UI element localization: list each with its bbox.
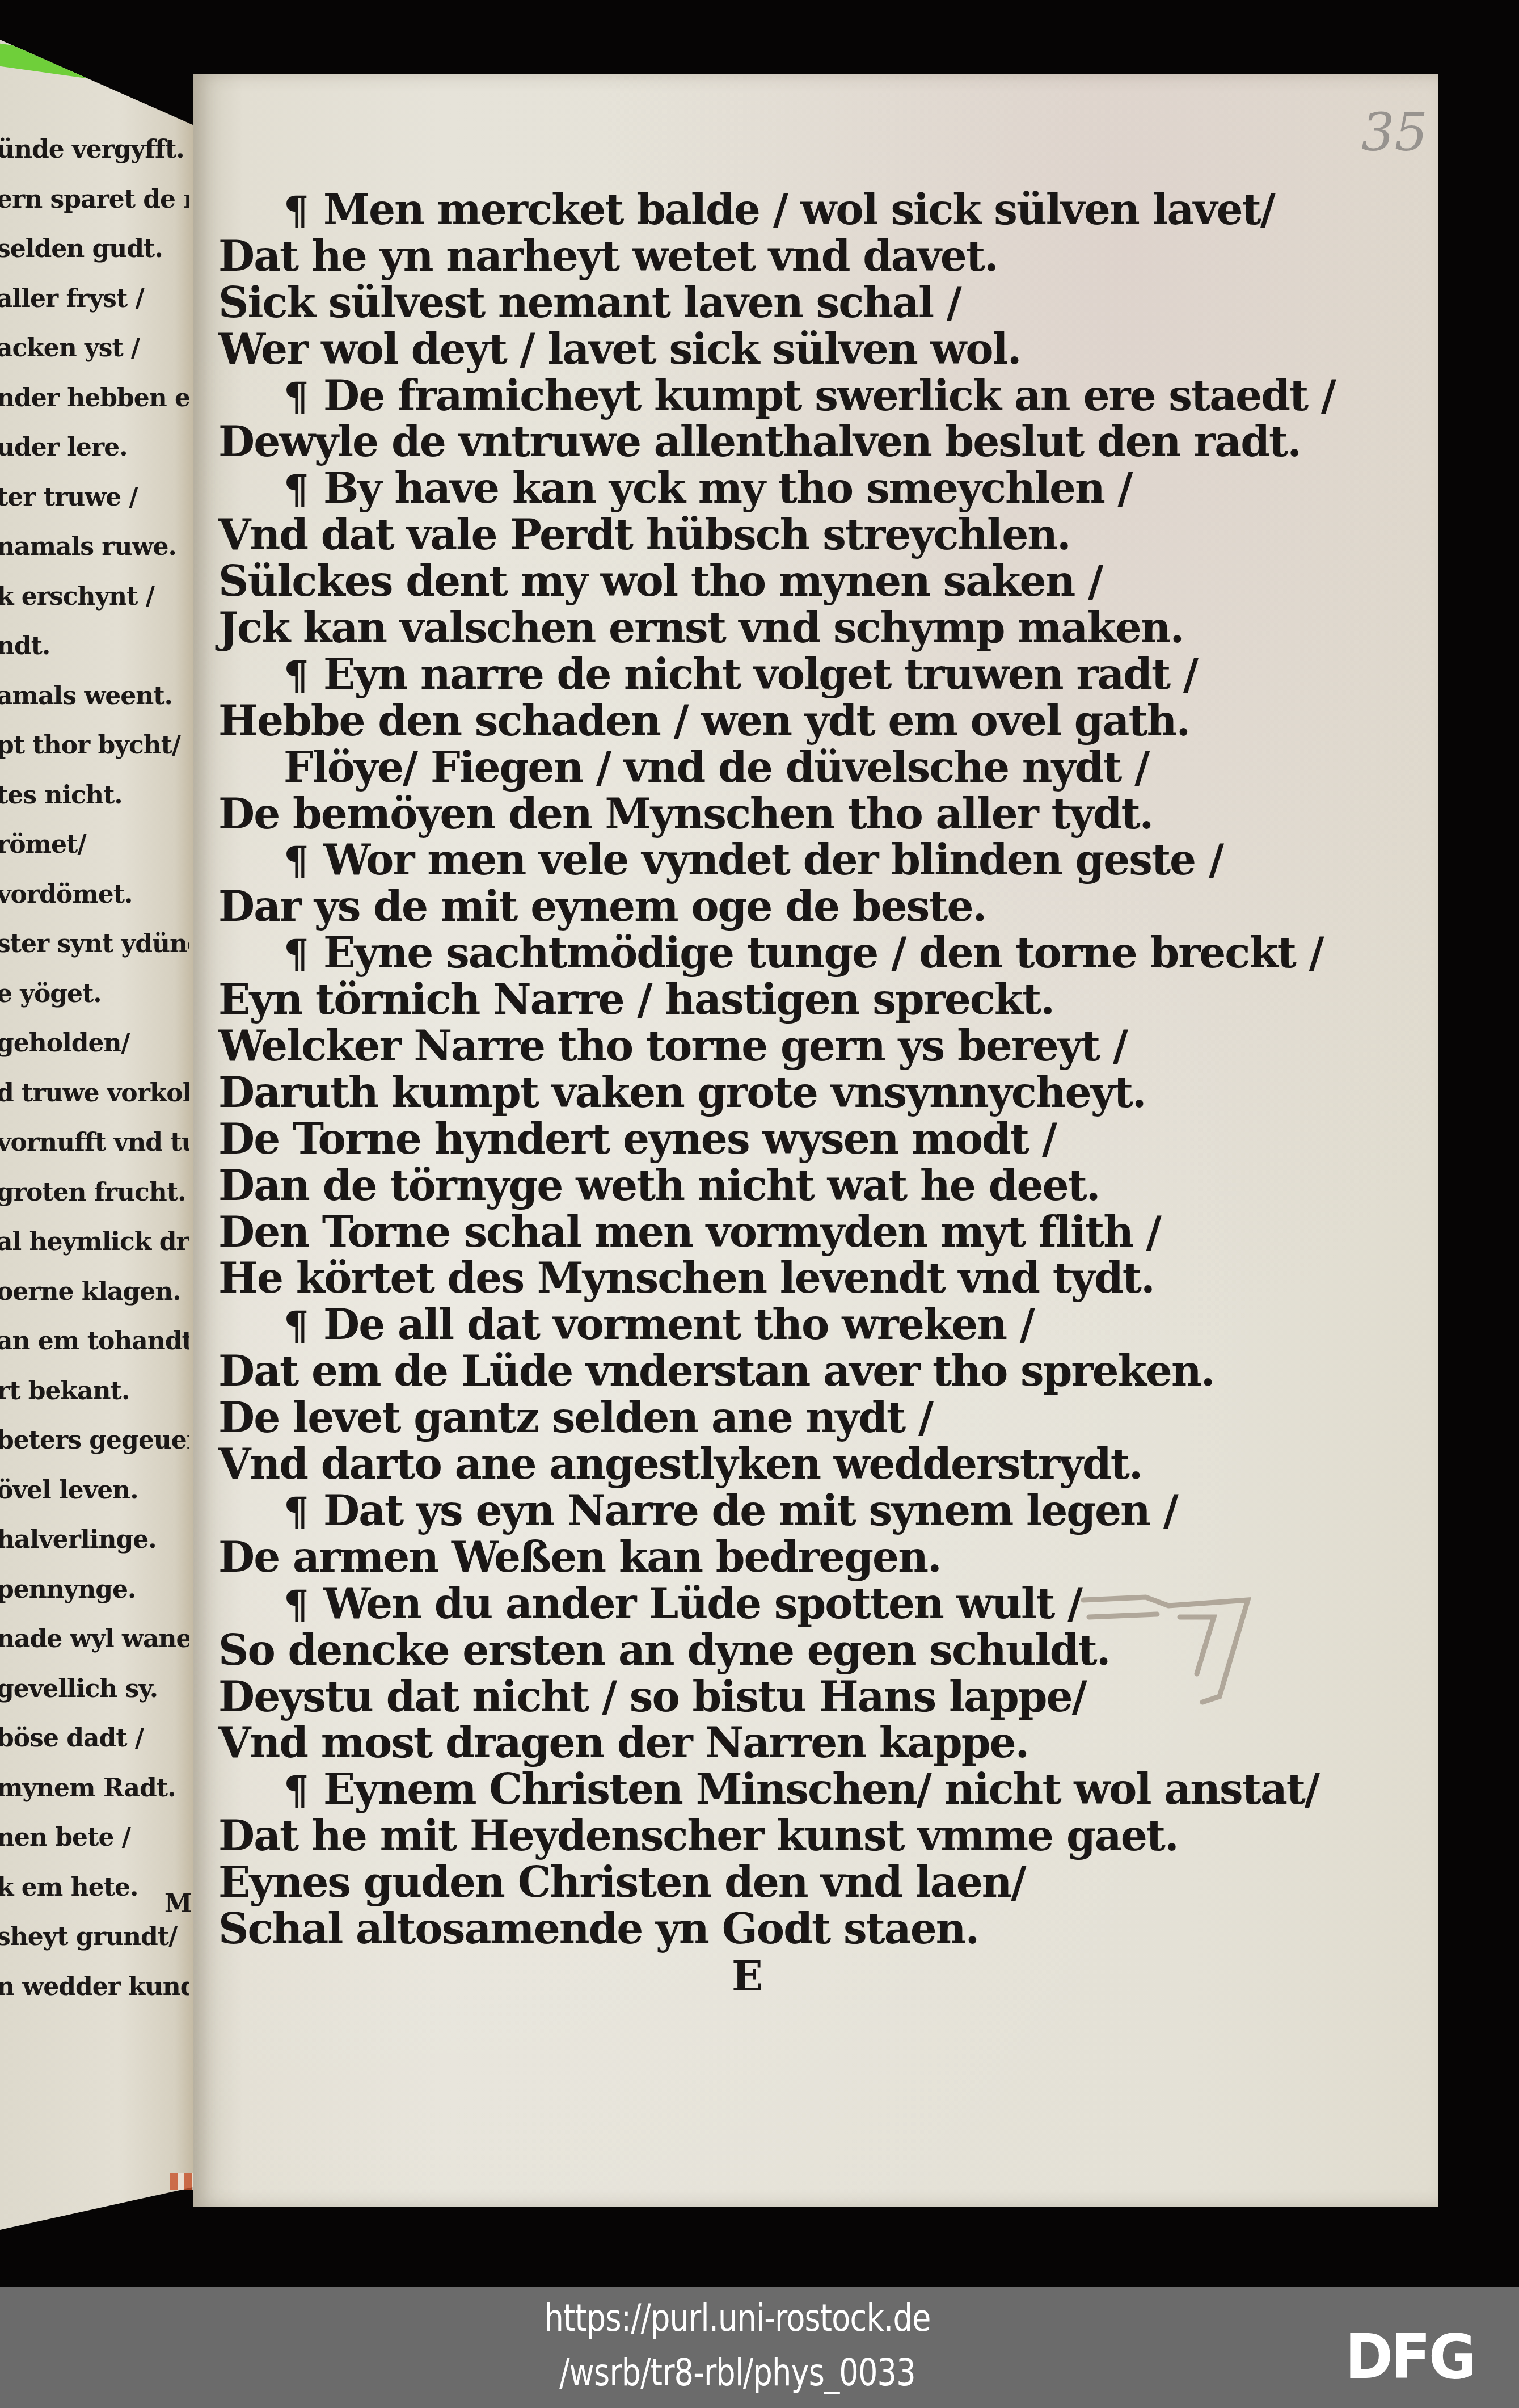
left-page-line-fragment: vornufft vnd tucht. [0,1118,189,1168]
text-line-content: Daruth kumpt vaken grote vnsynnycheyt. [218,1068,1146,1117]
text-line-content: Deystu dat nicht / so bistu Hans lappe/ [218,1673,1086,1721]
text-line: ¶De all dat vorment tho wreken / [218,1302,1381,1349]
paragraph-mark-icon: ¶ [284,1767,323,1813]
paragraph-mark-icon: ¶ [284,1302,323,1349]
text-line: ¶Dat ys eyn Narre de mit synem legen / [218,1488,1381,1535]
text-line: De bemöyen den Mynschen tho aller tydt. [218,792,1381,838]
left-page-line-fragment: d truwe vorkolden. [0,1068,189,1118]
paragraph-mark-icon: ¶ [284,837,323,884]
text-line-content: By have kan yck my tho smeychlen / [323,464,1132,513]
left-page-catchword: M [164,1889,192,1918]
text-line-content: So dencke ersten an dyne egen schuldt. [218,1626,1109,1675]
text-line: Dat he yn narheyt wetet vnd davet. [218,234,1381,280]
permalink-line-1[interactable]: https://purl.uni-rostock.de [393,2291,1082,2346]
text-line: Dewyle de vntruwe allenthalven beslut de… [218,419,1381,466]
left-page-line-fragment: övel leven. [0,1466,189,1515]
text-line: Jck kan valschen ernst vnd schymp maken. [218,605,1381,652]
paragraph-mark-icon: ¶ [284,466,323,512]
text-line-content: Jck kan valschen ernst vnd schymp maken. [218,604,1183,652]
text-line: Schal altosamende yn Godt staen. [218,1906,1381,1953]
text-line: Sick sülvest nemant laven schal / [218,280,1381,327]
text-line: Wer wol deyt / lavet sick sülven wol. [218,327,1381,373]
left-page-line-fragment: ünde vergyfft. [0,125,189,175]
left-page-line-fragment: e yöget. [0,969,189,1019]
text-line-content: De all dat vorment tho wreken / [323,1300,1034,1349]
left-page-text: ünde vergyfft.ern sparet de redt/selden … [0,125,189,2011]
text-line-content: Vnd darto ane angestlyken wedderstrydt. [218,1440,1142,1489]
permalink[interactable]: https://purl.uni-rostock.de /wsrb/tr8-rb… [393,2291,1082,2400]
text-line-content: Dar ys de mit eynem oge de beste. [218,882,986,931]
text-line: Dat em de Lüde vnderstan aver tho spreke… [218,1349,1381,1395]
left-page-line-fragment: aller fryst / [0,274,189,324]
text-line-content: Eyne sachtmödige tunge / den torne breck… [323,929,1323,978]
manicule-drawing-icon [1078,1583,1254,1714]
paragraph-mark-icon: ¶ [284,1581,323,1628]
text-line-content: Dat he yn narheyt wetet vnd davet. [218,232,998,281]
signature-mark: E [732,1952,763,2000]
text-line-content: Welcker Narre tho torne gern ys bereyt / [218,1022,1127,1071]
left-page-line-fragment: nen bete / [0,1813,189,1863]
left-page-line-fragment: pennynge. [0,1565,189,1615]
text-line-content: Sick sülvest nemant laven schal / [218,279,961,327]
text-line: Dan de törnyge weth nicht wat he deet. [218,1163,1381,1210]
left-page-line-fragment: k erschynt / [0,572,189,622]
footer-bar: https://purl.uni-rostock.de /wsrb/tr8-rb… [0,2287,1519,2408]
left-page-line-fragment: beters gegeuen/ [0,1416,189,1466]
text-line-content: Flöye/ Fiegen / vnd de düvelsche nydt / [284,743,1149,792]
text-line: De levet gantz selden ane nydt / [218,1395,1381,1442]
text-line: Daruth kumpt vaken grote vnsynnycheyt. [218,1070,1381,1117]
left-page-line-fragment: römet/ [0,820,189,870]
left-page-line-fragment: amals weent. [0,671,189,721]
text-line: ¶By have kan yck my tho smeychlen / [218,466,1381,512]
folio-number: 35 [1361,102,1428,163]
text-line-content: Eynes guden Christen den vnd laen/ [218,1858,1026,1907]
text-line: Den Torne schal men vormyden myt flith / [218,1210,1381,1256]
text-line-content: Hebbe den schaden / wen ydt em ovel gath… [218,697,1189,746]
text-line: Dar ys de mit eynem oge de beste. [218,884,1381,931]
text-line-content: Vnd most dragen der Narren kappe. [218,1719,1028,1767]
text-line-content: De bemöyen den Mynschen tho aller tydt. [218,790,1153,839]
text-line: Sülckes dent my wol tho mynen saken / [218,559,1381,605]
text-line-content: He körtet des Mynschen levendt vnd tydt. [218,1254,1154,1303]
text-line-content: Vnd dat vale Perdt hübsch streychlen. [218,511,1070,559]
text-line: ¶Wor men vele vyndet der blinden geste / [218,837,1381,884]
text-line-content: De levet gantz selden ane nydt / [218,1394,933,1442]
left-page-line-fragment: gevellich sy. [0,1664,189,1714]
left-page-line-fragment: n wedder kundt. [0,1962,189,2012]
paragraph-mark-icon: ¶ [284,187,323,234]
left-page-line-fragment: tes nicht. [0,771,189,820]
text-line-content: Wor men vele vyndet der blinden geste / [323,836,1223,885]
text-line-content: Wer wol deyt / lavet sick sülven wol. [218,325,1021,374]
text-line: Vnd dat vale Perdt hübsch streychlen. [218,512,1381,559]
left-page-line-fragment: selden gudt. [0,224,189,274]
left-page-line-fragment: k em hete. [0,1863,189,1913]
text-line-content: De armen Weßen kan bedregen. [218,1533,941,1582]
permalink-line-2[interactable]: /wsrb/tr8-rbl/phys_0033 [393,2346,1082,2400]
left-page-line-fragment: acken yst / [0,323,189,373]
text-line-content: Dat ys eyn Narre de mit synem legen / [323,1487,1178,1535]
left-page-line-fragment: ern sparet de redt/ [0,175,189,225]
text-line: He körtet des Mynschen levendt vnd tydt. [218,1256,1381,1302]
text-line-content: De framicheyt kumpt swerlick an ere stae… [323,372,1335,420]
text-line-content: Dat em de Lüde vnderstan aver tho spreke… [218,1347,1214,1396]
left-page-line-fragment: al heymlick dragen/ [0,1217,189,1267]
left-page-line-fragment: nade wyl wanen by [0,1614,189,1664]
text-line: ¶Men mercket balde / wol sick sülven lav… [218,187,1381,234]
text-line: De Torne hyndert eynes wysen modt / [218,1117,1381,1163]
text-line: Hebbe den schaden / wen ydt em ovel gath… [218,698,1381,745]
left-page-line-fragment: pt thor bycht/ [0,721,189,771]
text-line-content: Dan de törnyge weth nicht wat he deet. [218,1161,1100,1210]
left-page-line-fragment: uder lere. [0,423,189,473]
text-line: ¶Eyn narre de nicht volget truwen radt / [218,652,1381,698]
text-line-content: Eynem Christen Minschen/ nicht wol ansta… [323,1765,1319,1814]
left-page-line-fragment: böse dadt / [0,1714,189,1763]
left-page-line-fragment: an em tohandt/ [0,1316,189,1366]
text-line-content: Schal altosamende yn Godt staen. [218,1905,978,1954]
left-page-line-fragment: geholden/ [0,1018,189,1068]
left-page-line-fragment: mynem Radt. [0,1763,189,1813]
right-page-recto: 35 ¶Men mercket balde / wol sick sülven … [193,74,1438,2207]
text-line: Eyn törnich Narre / hastigen spreckt. [218,977,1381,1024]
dfg-logo: DFG [1345,2322,1474,2393]
cover-edge [0,44,108,82]
left-page-line-fragment: ster synt ydündt dogen/ [0,919,189,969]
text-line: Vnd darto ane angestlyken wedderstrydt. [218,1442,1381,1488]
left-page-line-fragment: namals ruwe. [0,522,189,572]
text-line-content: Sülckes dent my wol tho mynen saken / [218,557,1102,606]
text-line: ¶Eynem Christen Minschen/ nicht wol anst… [218,1767,1381,1813]
text-line: Eynes guden Christen den vnd laen/ [218,1860,1381,1906]
text-line: Flöye/ Fiegen / vnd de düvelsche nydt / [218,745,1381,792]
text-line: Vnd most dragen der Narren kappe. [218,1720,1381,1767]
text-line-content: Eyn törnich Narre / hastigen spreckt. [218,975,1054,1024]
left-page-line-fragment: ter truwe / [0,473,189,523]
text-line-content: Dat he mit Heydenscher kunst vmme gaet. [218,1812,1178,1860]
text-line-content: Dewyle de vntruwe allenthalven beslut de… [218,418,1301,466]
text-line-content: Wen du ander Lüde spotten wult / [323,1580,1082,1628]
paragraph-mark-icon: ¶ [284,652,323,698]
left-page-line-fragment: vordömet. [0,870,189,920]
book-scan: ünde vergyfft.ern sparet de redt/selden … [0,0,1519,2287]
text-line: Dat he mit Heydenscher kunst vmme gaet. [218,1813,1381,1860]
left-page-line-fragment: groten frucht. [0,1168,189,1218]
text-line: Welcker Narre tho torne gern ys bereyt / [218,1024,1381,1070]
text-line-content: Men mercket balde / wol sick sülven lave… [323,186,1275,234]
left-page-line-fragment: nder hebben ere/ [0,373,189,423]
paragraph-mark-icon: ¶ [284,373,323,420]
paragraph-mark-icon: ¶ [284,931,323,977]
text-line-content: Den Torne schal men vormyden myt flith / [218,1208,1161,1257]
left-page-line-fragment: halverlinge. [0,1515,189,1565]
text-line: ¶Eyne sachtmödige tunge / den torne brec… [218,931,1381,977]
left-page-line-fragment: oerne klagen. [0,1267,189,1317]
text-line-content: De Torne hyndert eynes wysen modt / [218,1115,1056,1164]
text-line-content: Eyn narre de nicht volget truwen radt / [323,650,1197,699]
left-page-line-fragment: rt bekant. [0,1366,189,1416]
left-page-line-fragment: sheyt grundt/ [0,1912,189,1962]
text-line: De armen Weßen kan bedregen. [218,1535,1381,1581]
text-line: ¶De framicheyt kumpt swerlick an ere sta… [218,373,1381,420]
left-page-line-fragment: ndt. [0,621,189,671]
paragraph-mark-icon: ¶ [284,1488,323,1535]
